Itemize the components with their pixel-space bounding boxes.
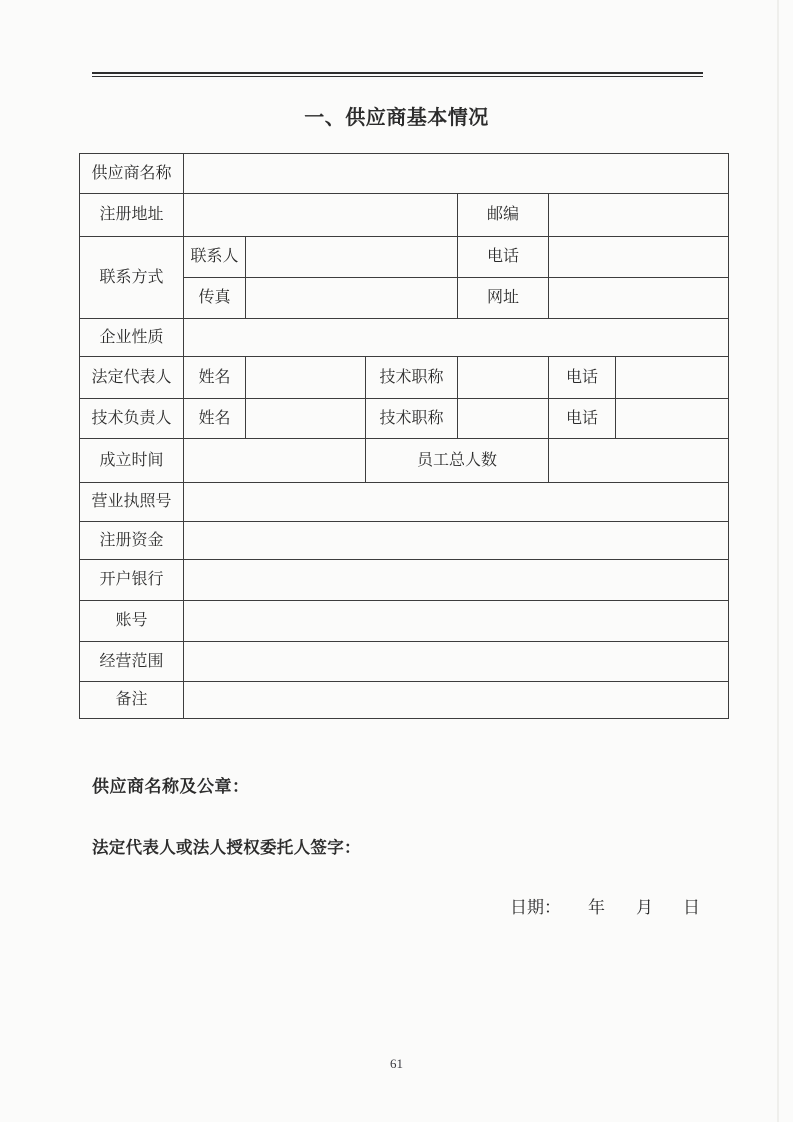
total-employees-value [549, 439, 729, 483]
business-license-label: 营业执照号 [80, 483, 184, 522]
scanned-form-page: 一、供应商基本情况 供应商名称 注册地址 邮编 联系方式 联系人 电话 [0, 0, 793, 1122]
business-scope-value [184, 642, 729, 682]
legal-rep-name-value [246, 357, 366, 399]
deposit-bank-label: 开户银行 [80, 560, 184, 601]
tech-director-phone-label: 电话 [549, 399, 616, 439]
postal-code-label: 邮编 [458, 194, 549, 237]
legal-rep-phone-value [616, 357, 729, 399]
tech-director-name-value [246, 399, 366, 439]
registered-address-label: 注册地址 [80, 194, 184, 237]
contact-phone-label: 电话 [458, 237, 549, 278]
supplier-name-value [184, 154, 729, 194]
date-label: 日期： [510, 893, 561, 918]
scan-artifact-line [777, 0, 779, 1122]
month-label: 月 [636, 893, 653, 918]
legal-rep-signature-line: 法定代表人或法人授权委托人签字： [92, 834, 361, 858]
tech-director-technical-title-value [458, 399, 549, 439]
tech-director-phone-value [616, 399, 729, 439]
website-label: 网址 [458, 278, 549, 319]
registered-capital-label: 注册资金 [80, 522, 184, 560]
contact-person-value [246, 237, 458, 278]
legal-rep-technical-title-value [458, 357, 549, 399]
day-label: 日 [683, 893, 700, 918]
business-scope-label: 经营范围 [80, 642, 184, 682]
contact-person-label: 联系人 [184, 237, 246, 278]
remarks-value [184, 682, 729, 719]
supplier-name-label: 供应商名称 [80, 154, 184, 194]
tech-director-name-label: 姓名 [184, 399, 246, 439]
page-number: 61 [0, 1056, 793, 1072]
page-title: 一、供应商基本情况 [0, 101, 793, 130]
account-number-value [184, 601, 729, 642]
year-label: 年 [588, 893, 605, 918]
establishment-date-value [184, 439, 366, 483]
registered-capital-value [184, 522, 729, 560]
legal-rep-name-label: 姓名 [184, 357, 246, 399]
legal-rep-phone-label: 电话 [549, 357, 616, 399]
fax-value [246, 278, 458, 319]
enterprise-nature-value [184, 319, 729, 357]
total-employees-label: 员工总人数 [366, 439, 549, 483]
legal-representative-label: 法定代表人 [80, 357, 184, 399]
legal-rep-technical-title-label: 技术职称 [366, 357, 458, 399]
supplier-name-seal-line: 供应商名称及公章： [92, 772, 250, 797]
remarks-label: 备注 [80, 682, 184, 719]
account-number-label: 账号 [80, 601, 184, 642]
deposit-bank-value [184, 560, 729, 601]
technical-director-label: 技术负责人 [80, 399, 184, 439]
business-license-value [184, 483, 729, 522]
establishment-date-label: 成立时间 [80, 439, 184, 483]
tech-director-technical-title-label: 技术职称 [366, 399, 458, 439]
fax-label: 传真 [184, 278, 246, 319]
enterprise-nature-label: 企业性质 [80, 319, 184, 357]
postal-code-value [549, 194, 729, 237]
header-double-rule [92, 72, 703, 77]
registered-address-value [184, 194, 458, 237]
supplier-info-table: 供应商名称 注册地址 邮编 联系方式 联系人 电话 传真 网址 企业性质 法定代 [79, 153, 729, 719]
contact-phone-value [549, 237, 729, 278]
contact-method-label: 联系方式 [80, 237, 184, 319]
website-value [549, 278, 729, 319]
